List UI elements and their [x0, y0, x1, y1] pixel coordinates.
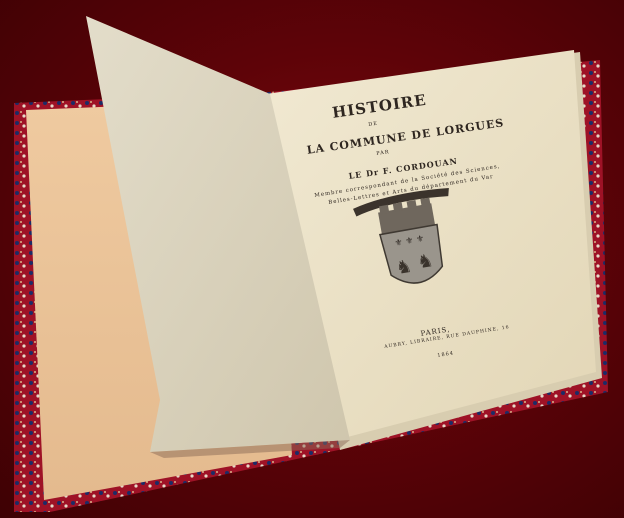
- title-page-text: HISTOIRE DE LA COMMUNE DE LORGUES PAR LE…: [0, 0, 624, 518]
- par-label: PAR: [376, 149, 390, 157]
- title-connector: DE: [368, 121, 378, 128]
- publication-year: 1864: [437, 350, 454, 359]
- book-subtitle: LA COMMUNE DE LORGUES: [306, 116, 505, 157]
- book-title: HISTOIRE: [331, 91, 428, 122]
